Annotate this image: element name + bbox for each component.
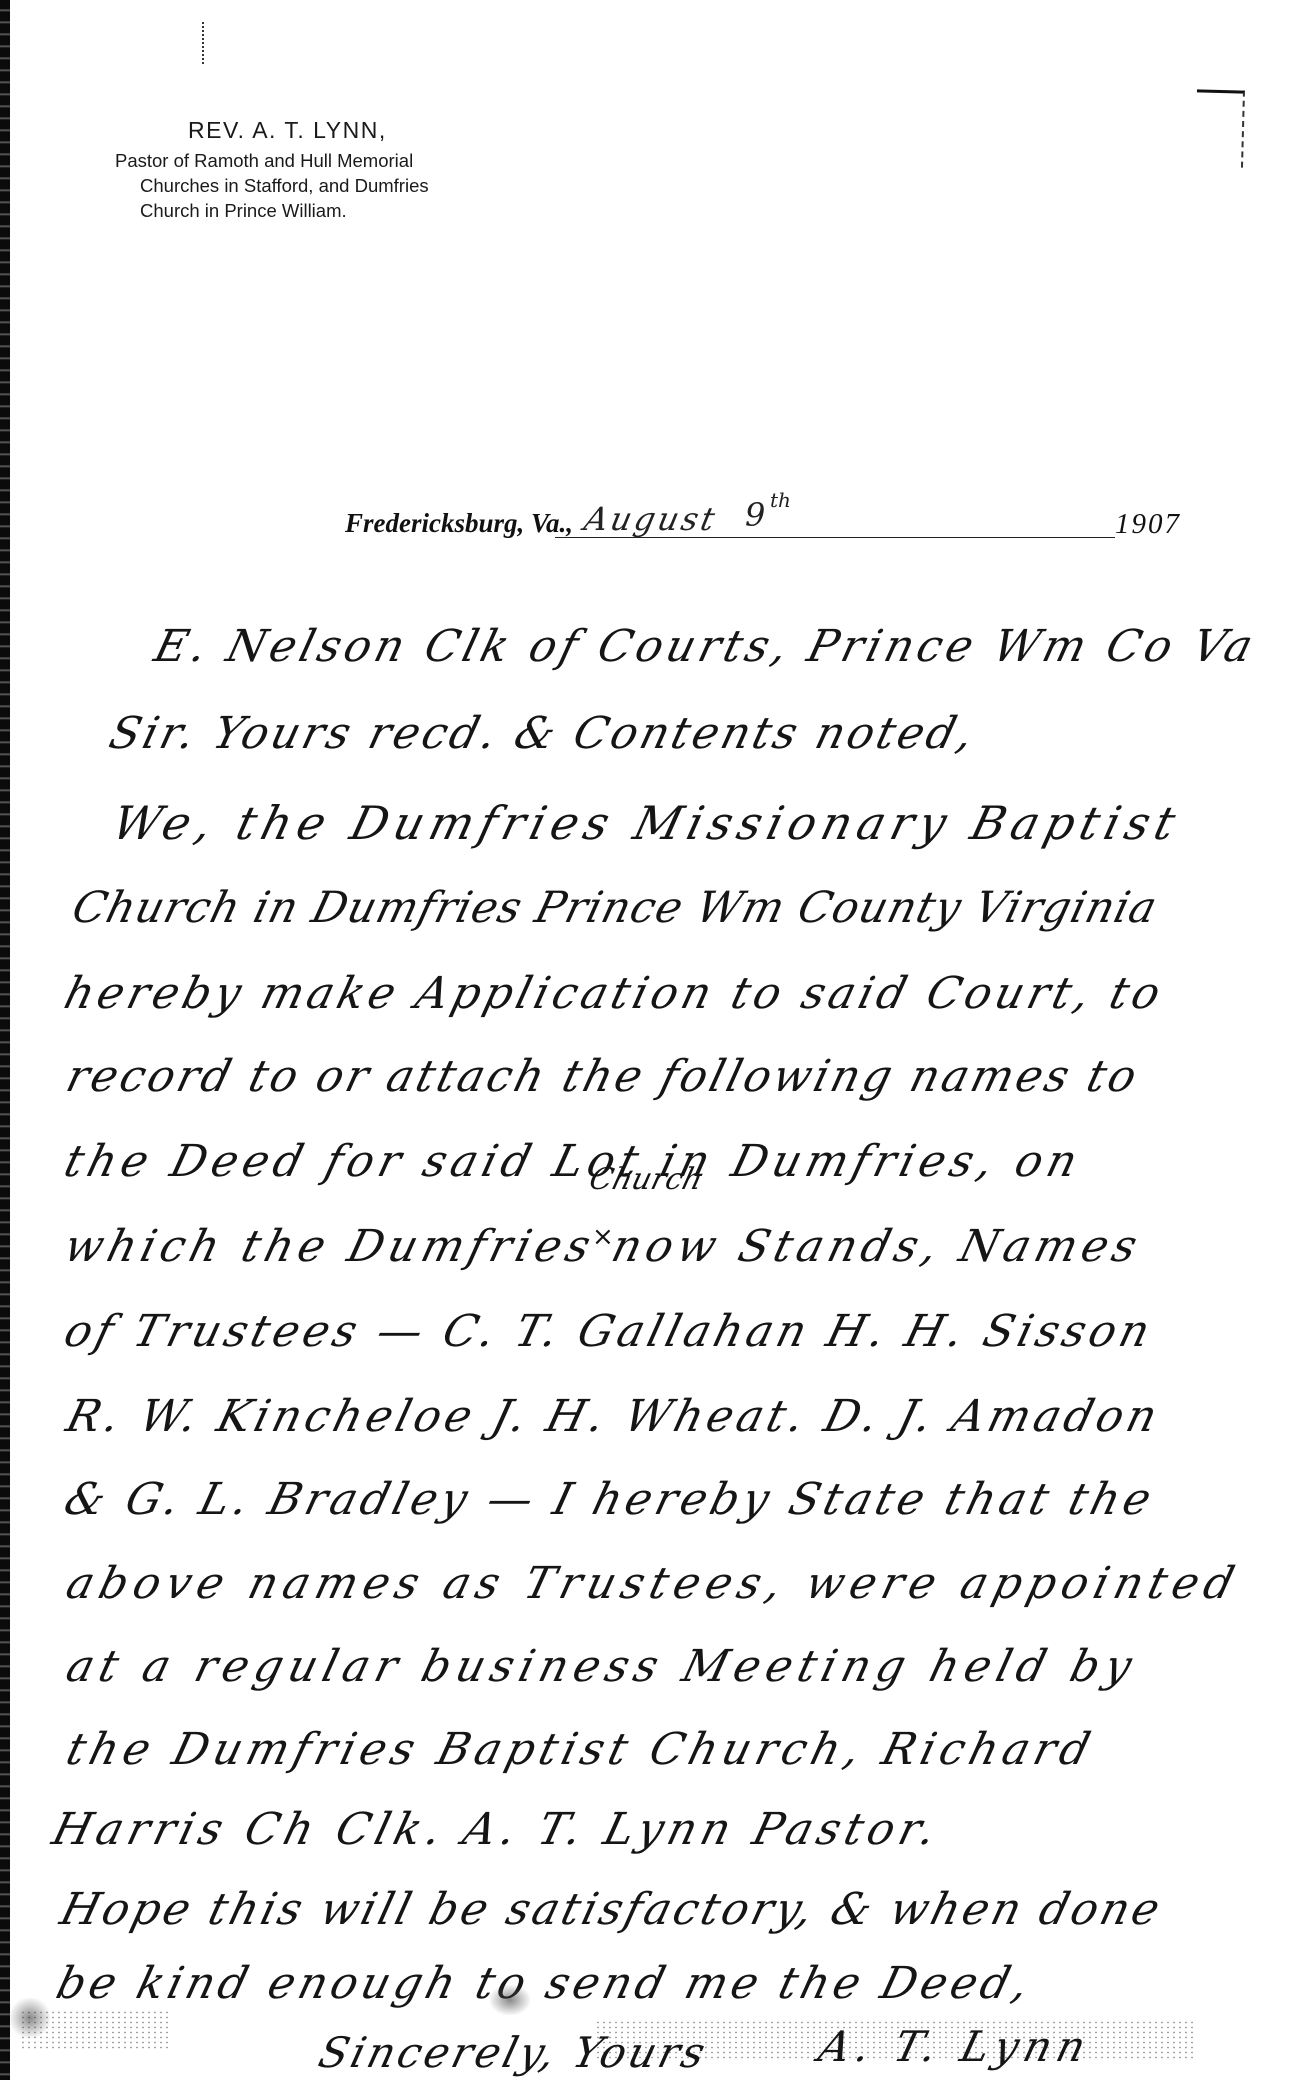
dateline-day-suffix: th — [770, 488, 791, 512]
letter-line: record to or attach the following names … — [62, 1055, 1144, 1099]
insertion-caret-icon: × — [592, 1222, 614, 1252]
ink-smudge — [490, 1985, 530, 2015]
letter-line: the Dumfries Baptist Church, Richard — [62, 1728, 1099, 1772]
letterhead-line: Church in Prince William. — [140, 198, 530, 223]
letter-salutation-address: E. Nelson Clk of Courts, Prince Wm Co Va — [150, 625, 1261, 669]
letter-line: Harris Ch Clk. A. T. Lynn Pastor. — [48, 1808, 945, 1852]
letter-line: at a regular business Meeting held by — [62, 1645, 1142, 1689]
dateline-month: August — [581, 500, 721, 538]
letter-trustees-line: of Trustees — C. T. Gallahan H. H. Sisso… — [60, 1310, 1158, 1354]
letter-line: & G. L. Bradley — I hereby State that th… — [60, 1478, 1159, 1522]
letter-line: the Deed for said Lot in Dumfries, on — [60, 1140, 1086, 1184]
letter-line: above names as Trustees, were appointed — [62, 1562, 1244, 1606]
dateline: Fredericksburg, Va., August 9 th 1907 — [345, 500, 1180, 550]
scan-border — [0, 0, 10, 2080]
dateline-year: 1907 — [1115, 508, 1181, 541]
letter-line: Hope this will be satisfactory, & when d… — [56, 1888, 1167, 1932]
letter-closing: Sincerely, Yours — [314, 2028, 713, 2077]
dateline-day: 9 — [745, 496, 765, 534]
letterhead-name: REV. A. T. LYNN, — [188, 112, 530, 148]
letterhead: REV. A. T. LYNN, Pastor of Ramoth and Hu… — [110, 112, 530, 223]
letter-line: hereby make Application to said Court, t… — [60, 972, 1168, 1016]
letterhead-line: Pastor of Ramoth and Hull Memorial — [115, 148, 530, 173]
letter-signature: A. T. Lynn — [814, 2022, 1097, 2071]
letter-line: We, the Dumfries Missionary Baptist — [108, 800, 1186, 846]
letter-trustees-line: R. W. Kincheloe J. H. Wheat. D. J. Amado… — [62, 1395, 1165, 1439]
corner-crop-mark — [1195, 89, 1245, 167]
fold-mark — [202, 22, 206, 64]
letterhead-line: Churches in Stafford, and Dumfries — [140, 173, 530, 198]
dateline-place: Fredericksburg, Va., — [345, 508, 573, 539]
letter-greeting: Sir. Yours recd. & Contents noted, — [105, 712, 981, 756]
letter-line: be kind enough to send me the Deed, — [52, 1962, 1037, 2006]
letter-line: Church in Dumfries Prince Wm County Virg… — [68, 887, 1162, 930]
ink-smudge — [10, 1998, 50, 2038]
letter-insertion-church: Church — [586, 1162, 707, 1197]
